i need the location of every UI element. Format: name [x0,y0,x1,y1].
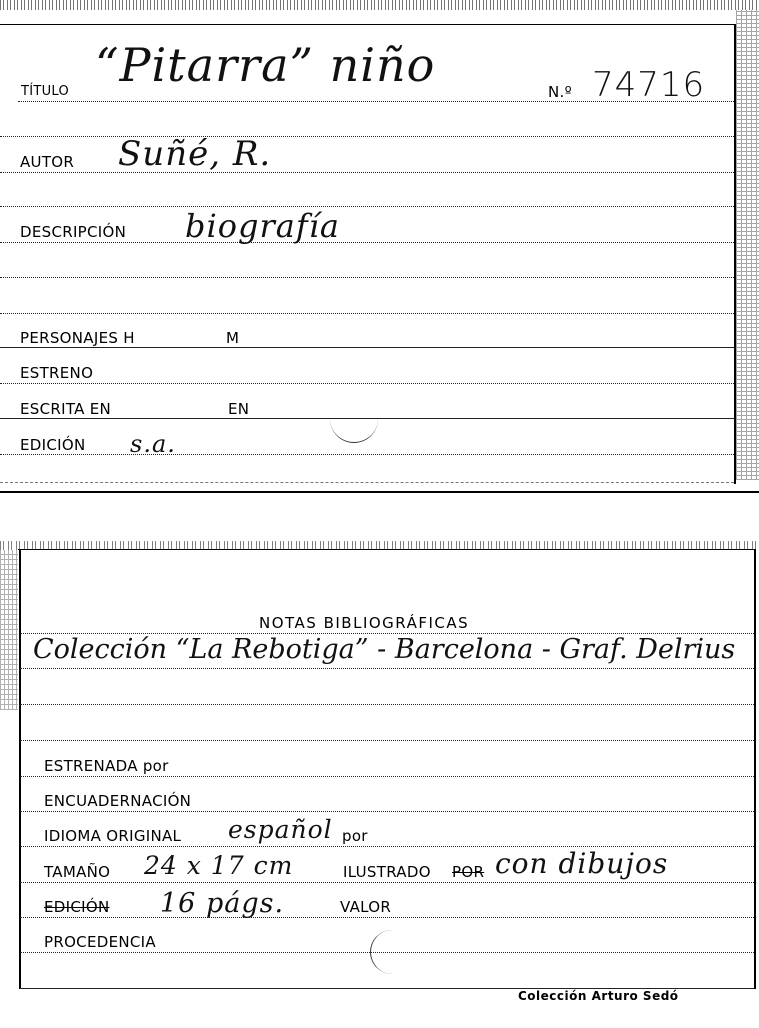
rule-line [0,277,734,278]
collection-footer: Colección Arturo Sedó [518,989,679,1003]
escrita-en-label: ESCRITA EN [20,402,111,417]
notas-heading: NOTAS BIBLIOGRÁFICAS [259,616,469,631]
rule-line [20,882,754,883]
titulo-value: “Pitarra” niño [95,42,435,88]
descripcion-value: biografía [185,210,340,242]
idioma-label: IDIOMA ORIGINAL [44,829,181,844]
rule-line [20,776,754,777]
ilustrado-value: con dibujos [495,850,668,878]
card-back-right-border [754,549,756,989]
edicion-back-label: EDICIÓN [44,900,109,915]
card-front-top-border [0,24,736,25]
rule-line [0,242,734,243]
encuadernacion-label: ENCUADERNACIÓN [44,794,191,809]
titulo-label: TÍTULO [21,85,69,98]
punch-hole-mark [330,410,378,443]
rule-line [0,206,734,207]
idioma-value: español [228,817,333,842]
descripcion-label: DESCRIPCIÓN [20,225,126,240]
scan-noise-top [0,0,759,10]
personajes-m-label: M [226,331,239,346]
autor-label: AUTOR [20,155,74,170]
rule-line [0,454,734,455]
numero-label: N.º [548,85,572,100]
notas-value: Colección “La Rebotiga” - Barcelona - Gr… [33,636,735,663]
scan-noise-right [736,10,759,480]
valor-label: VALOR [340,900,391,915]
rule-line [20,740,754,741]
rule-line [0,383,734,384]
card-front-right-border [734,24,736,484]
rule-line [0,172,734,173]
procedencia-label: PROCEDENCIA [44,935,156,950]
autor-value: Suñé, R. [118,137,271,171]
estrenada-label: ESTRENADA por [44,759,169,774]
ilustrado-struck: POR [452,865,484,880]
tamano-value: 24 x 17 cm [144,853,293,878]
rule-line [20,668,754,669]
rule-line [0,482,734,483]
rule-line [20,811,754,812]
personajes-label: PERSONAJES H [20,331,135,346]
numero-value: 74716 [592,68,705,102]
rule-line [0,136,734,137]
idioma-suffix: por [342,829,368,844]
rule-line [0,347,734,348]
punch-hole-mark [370,930,407,974]
tamano-label: TAMAÑO [44,865,110,880]
edicion-label: EDICIÓN [20,438,85,453]
rule-line [20,704,754,705]
estreno-label: ESTRENO [20,366,93,381]
rule-line [20,917,754,918]
edicion-back-value: 16 págs. [160,890,284,917]
scan-noise-left [0,550,18,710]
card-separator [0,491,759,493]
escrita-en-second-label: EN [228,402,249,417]
ilustrado-label: ILUSTRADO [343,865,431,880]
card-back-top-border [18,549,756,550]
edicion-value: s.a. [130,432,176,456]
card-back-left-border [19,549,21,989]
rule-line [0,313,734,314]
